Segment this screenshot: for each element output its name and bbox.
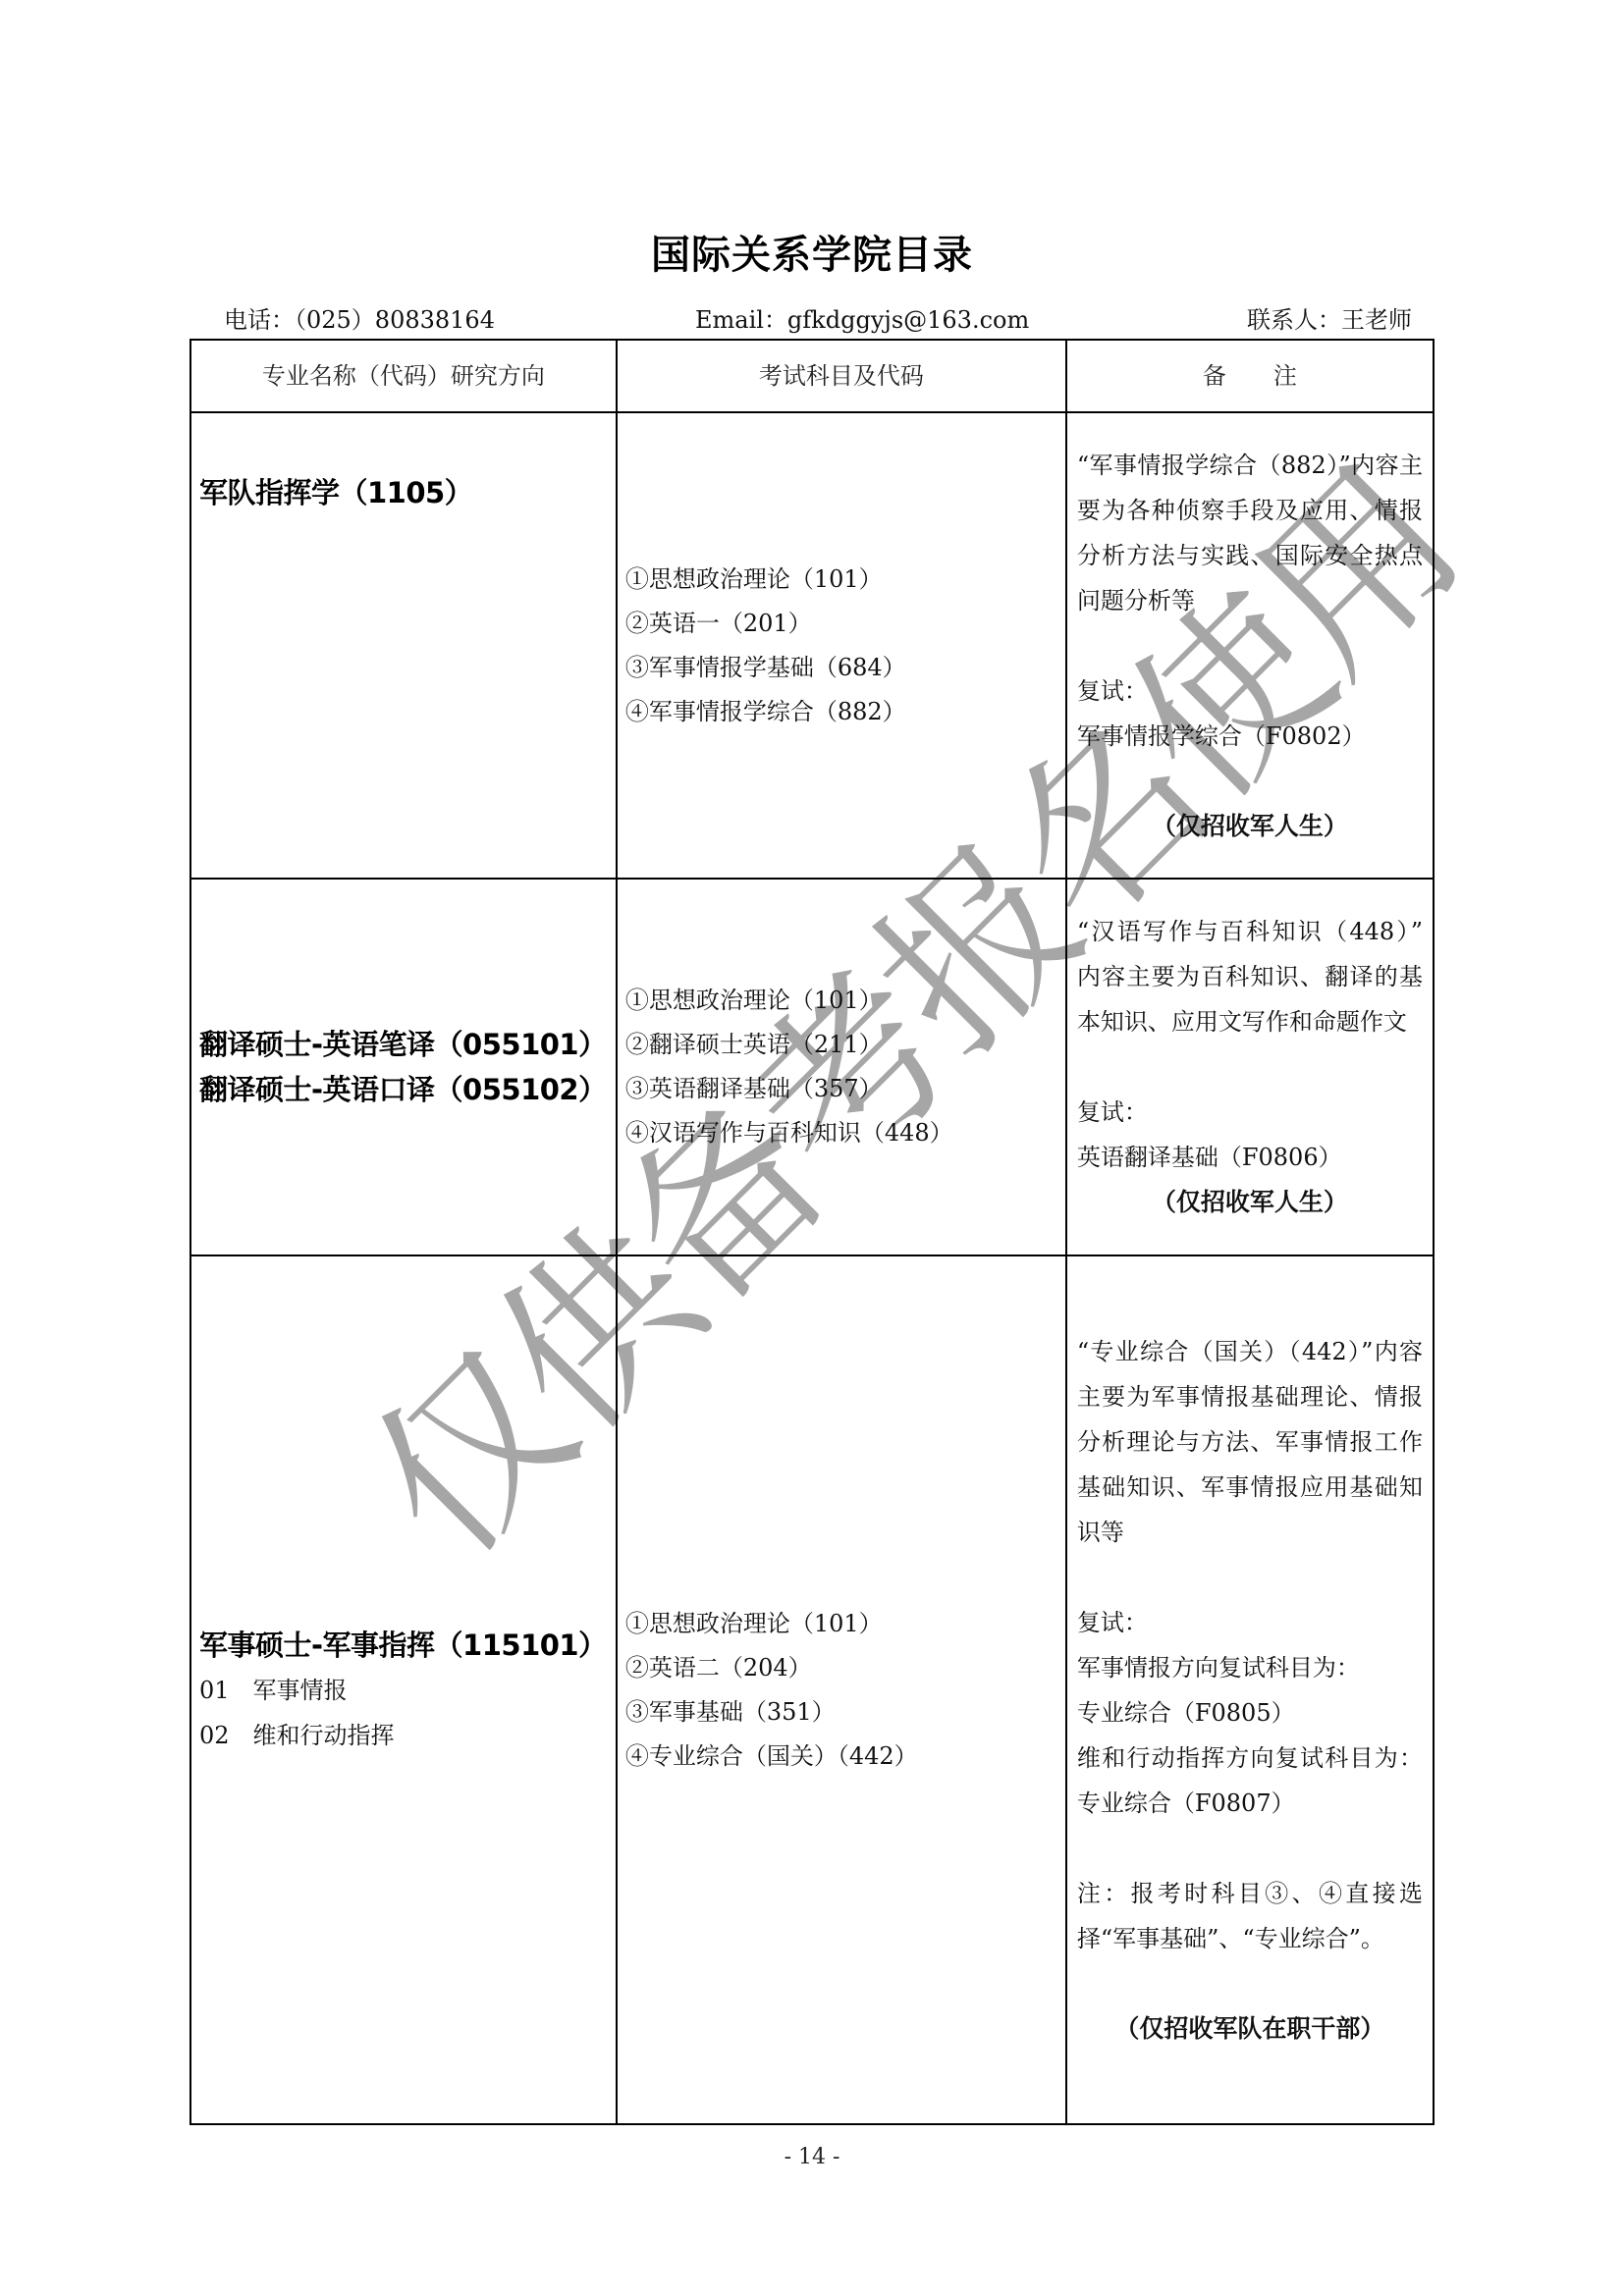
header-notes: 备 注 xyxy=(1066,340,1434,412)
page-number: - 14 - xyxy=(0,2145,1624,2169)
subject-item: ②英语二（204） xyxy=(625,1646,1065,1690)
contact-email: Email：gfkdggyjs@163.com xyxy=(695,300,1029,335)
subjects-cell: ①思想政治理论（101） ②翻译硕士英语（211） ③英语翻译基础（357） ④… xyxy=(617,879,1066,1255)
note-retest: 维和行动指挥方向复试科目为：专业综合（F0807） xyxy=(1077,1735,1423,1826)
note-retest: 军事情报学综合（F0802） xyxy=(1077,714,1423,759)
note-spacer xyxy=(1077,1044,1423,1090)
contact-phone: 电话：（025）80838164 xyxy=(224,300,495,335)
note-retest-label: 复试： xyxy=(1077,1600,1423,1645)
header-major: 专业名称（代码）研究方向 xyxy=(190,340,617,412)
page-title: 国际关系学院目录 xyxy=(0,224,1624,280)
table-row: 军队指挥学（1105） ①思想政治理论（101） ②英语一（201） ③军事情报… xyxy=(190,412,1434,879)
contact-person: 联系人：王老师 xyxy=(1247,300,1412,335)
note-intro: “专业综合（国关）（442）”内容主要为军事情报基础理论、情报分析理论与方法、军… xyxy=(1077,1329,1423,1555)
note-remark: 注：报考时科目③、④直接选择“军事基础”、“专业综合”。 xyxy=(1077,1871,1423,1961)
subject-item: ①思想政治理论（101） xyxy=(625,1602,1065,1646)
major-name: 军事硕士-军事指挥（115101） xyxy=(199,1623,616,1668)
subject-item: ③军事情报学基础（684） xyxy=(625,646,1065,690)
note-retest-label: 复试： xyxy=(1077,668,1423,714)
major-name: 翻译硕士-英语口译（055102） xyxy=(199,1067,616,1112)
major-cell: 军事硕士-军事指挥（115101） 01 军事情报 02 维和行动指挥 xyxy=(190,1255,617,2124)
table-row: 翻译硕士-英语笔译（055101） 翻译硕士-英语口译（055102） ①思想政… xyxy=(190,879,1434,1255)
note-restriction: （仅招收军队在职干部） xyxy=(1077,2006,1423,2052)
major-name: 军队指挥学（1105） xyxy=(199,470,616,515)
subject-item: ②翻译硕士英语（211） xyxy=(625,1023,1065,1067)
note-restriction: （仅招收军人生） xyxy=(1077,804,1423,849)
notes-cell: “军事情报学综合（882）”内容主要为各种侦察手段及应用、情报分析方法与实践、国… xyxy=(1066,412,1434,879)
notes-cell: “专业综合（国关）（442）”内容主要为军事情报基础理论、情报分析理论与方法、军… xyxy=(1066,1255,1434,2124)
major-cell: 军队指挥学（1105） xyxy=(190,412,617,879)
table-row: 军事硕士-军事指挥（115101） 01 军事情报 02 维和行动指挥 ①思想政… xyxy=(190,1255,1434,2124)
note-spacer xyxy=(1077,759,1423,804)
note-retest: 军事情报方向复试科目为： xyxy=(1077,1645,1423,1690)
contact-row: 电话：（025）80838164 Email：gfkdggyjs@163.com… xyxy=(224,300,1412,332)
header-subjects: 考试科目及代码 xyxy=(617,340,1066,412)
table-header-row: 专业名称（代码）研究方向 考试科目及代码 备 注 xyxy=(190,340,1434,412)
catalog-table: 专业名称（代码）研究方向 考试科目及代码 备 注 军队指挥学（1105） ①思想… xyxy=(189,339,1435,2125)
subjects-cell: ①思想政治理论（101） ②英语一（201） ③军事情报学基础（684） ④军事… xyxy=(617,412,1066,879)
note-retest: 英语翻译基础（F0806） xyxy=(1077,1135,1423,1180)
note-spacer xyxy=(1077,1826,1423,1871)
subject-item: ④专业综合（国关）（442） xyxy=(625,1735,1065,1779)
subject-item: ①思想政治理论（101） xyxy=(625,979,1065,1023)
note-retest: 专业综合（F0805） xyxy=(1077,1690,1423,1735)
note-spacer xyxy=(1077,623,1423,668)
subject-item: ②英语一（201） xyxy=(625,602,1065,646)
major-name: 翻译硕士-英语笔译（055101） xyxy=(199,1022,616,1067)
research-direction: 02 维和行动指挥 xyxy=(199,1713,616,1758)
note-spacer xyxy=(1077,1555,1423,1600)
subject-item: ③英语翻译基础（357） xyxy=(625,1067,1065,1111)
major-cell: 翻译硕士-英语笔译（055101） 翻译硕士-英语口译（055102） xyxy=(190,879,617,1255)
note-retest-label: 复试： xyxy=(1077,1090,1423,1135)
note-spacer xyxy=(1077,1961,1423,2006)
notes-cell: “汉语写作与百科知识（448）” 内容主要为百科知识、翻译的基本知识、应用文写作… xyxy=(1066,879,1434,1255)
note-restriction: （仅招收军人生） xyxy=(1077,1180,1423,1225)
subject-item: ④汉语写作与百科知识（448） xyxy=(625,1111,1065,1155)
note-intro: “汉语写作与百科知识（448）” 内容主要为百科知识、翻译的基本知识、应用文写作… xyxy=(1077,909,1423,1044)
research-direction: 01 军事情报 xyxy=(199,1668,616,1713)
note-intro: “军事情报学综合（882）”内容主要为各种侦察手段及应用、情报分析方法与实践、国… xyxy=(1077,443,1423,623)
subject-item: ①思想政治理论（101） xyxy=(625,558,1065,602)
subject-item: ③军事基础（351） xyxy=(625,1690,1065,1735)
subjects-cell: ①思想政治理论（101） ②英语二（204） ③军事基础（351） ④专业综合（… xyxy=(617,1255,1066,2124)
subject-item: ④军事情报学综合（882） xyxy=(625,690,1065,734)
